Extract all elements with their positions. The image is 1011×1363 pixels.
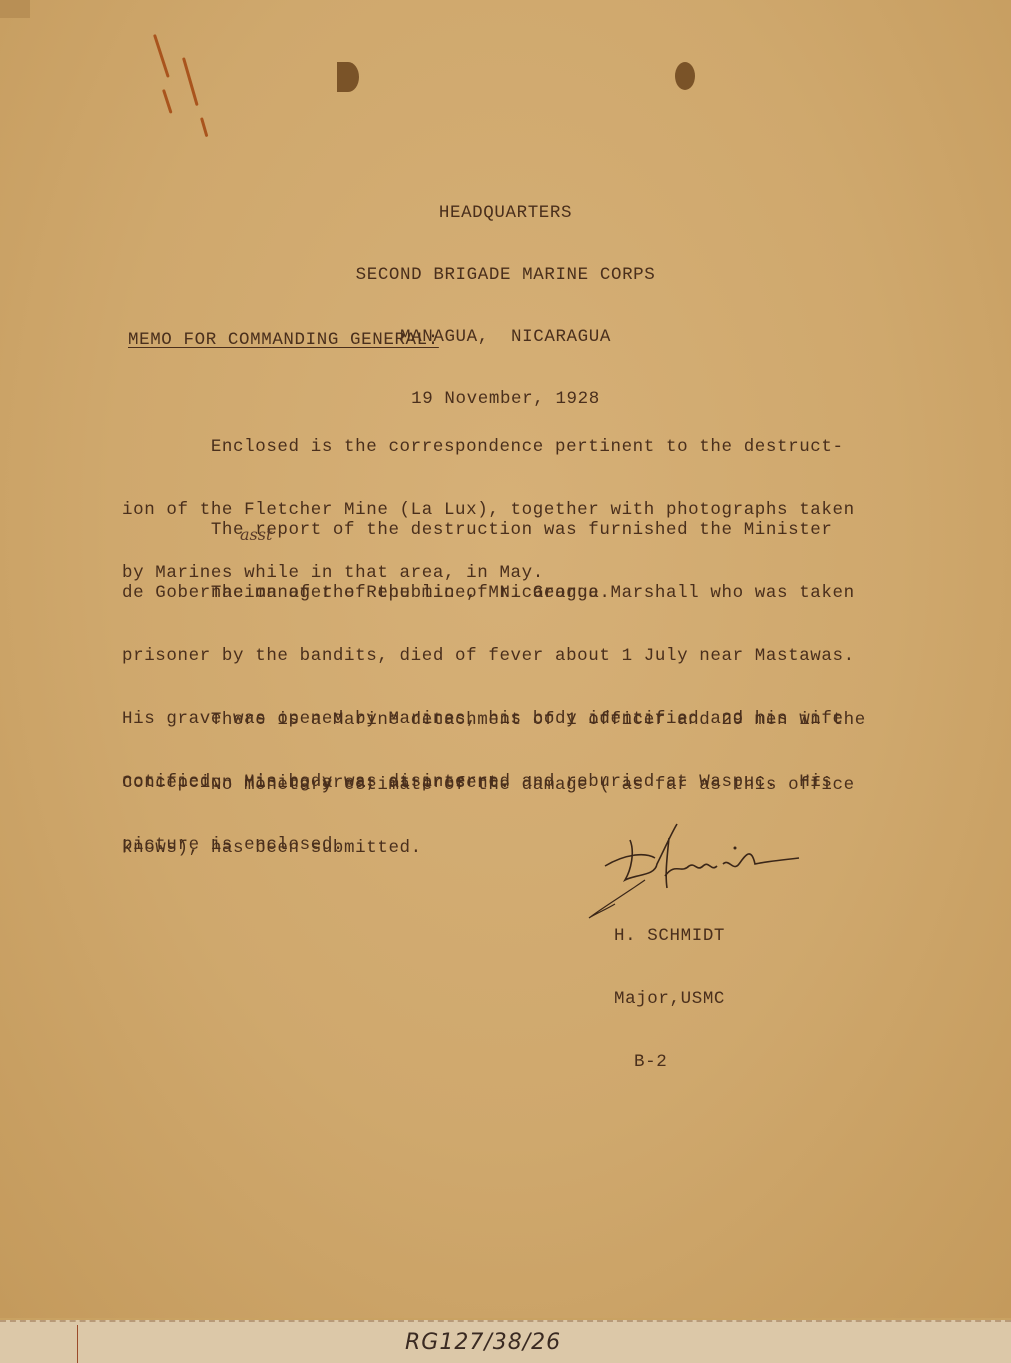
signer-rank: Major,USMC xyxy=(614,989,725,1010)
letterhead-unit: SECOND BRIGADE MARINE CORPS xyxy=(0,264,1011,286)
text-line: No monetary estimate of the damage ( as … xyxy=(122,775,855,796)
signer-name: H. SCHMIDT xyxy=(614,926,725,947)
punch-hole xyxy=(337,62,359,92)
rust-staple-mark xyxy=(162,89,173,114)
archive-reference: RG127/38/26 xyxy=(405,1330,561,1355)
memo-title: MEMO FOR COMMANDING GENERAL: xyxy=(128,330,439,350)
text-line: prisoner by the bandits, died of fever a… xyxy=(122,646,855,667)
signature-block: H. SCHMIDT Major,USMC B-2 xyxy=(614,884,725,1115)
document-page: HEADQUARTERS SECOND BRIGADE MARINE CORPS… xyxy=(0,0,1011,1318)
rust-staple-mark xyxy=(200,117,208,137)
text-line: Enclosed is the correspondence pertinent… xyxy=(122,437,855,458)
text-line: The report of the destruction was furnis… xyxy=(122,520,833,541)
rust-staple-mark xyxy=(182,57,199,106)
rust-staple-mark xyxy=(153,34,170,78)
letterhead-headquarters: HEADQUARTERS xyxy=(0,202,1011,224)
margin-rule xyxy=(77,1325,78,1363)
punch-hole xyxy=(675,62,695,90)
text-line: There is a Marine detachment of 1 office… xyxy=(122,710,866,731)
folded-corner xyxy=(0,0,30,18)
signer-office: B-2 xyxy=(614,1052,725,1073)
text-line: The manager of the mine, Mr. George Mars… xyxy=(122,583,855,604)
